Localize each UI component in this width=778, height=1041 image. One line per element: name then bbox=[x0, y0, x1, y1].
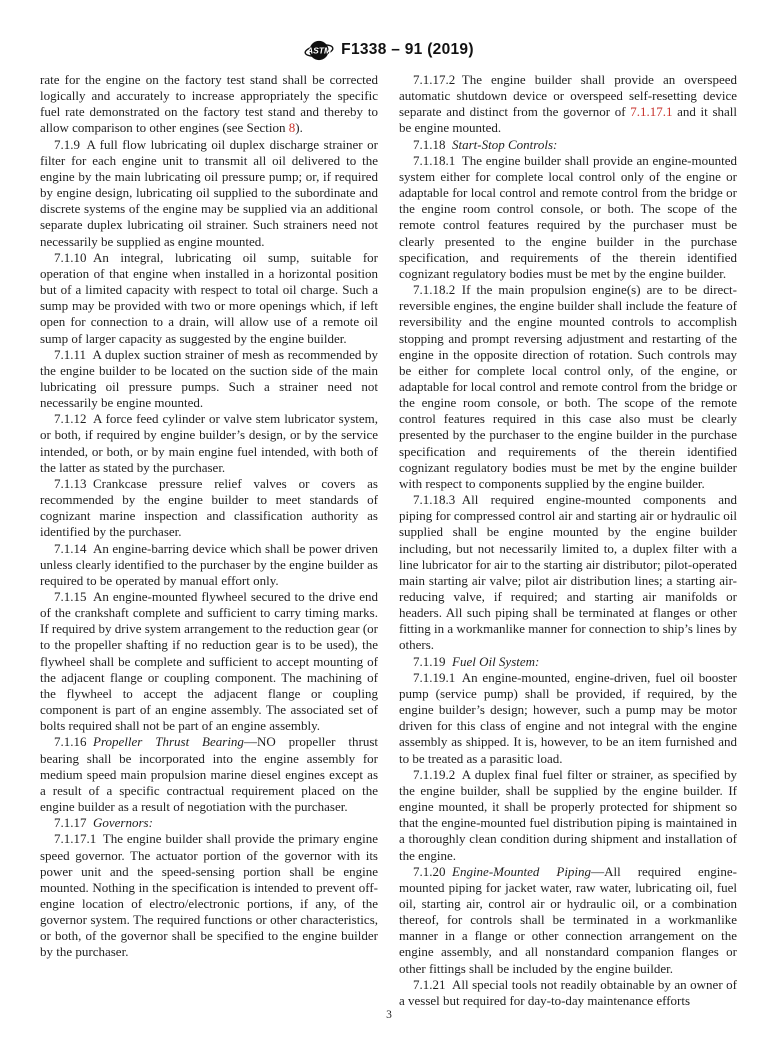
text-run: 7.1.10 An integral, lubricating oil sump… bbox=[40, 250, 378, 346]
standard-designation: F1338 – 91 (2019) bbox=[341, 41, 474, 59]
left-column: rate for the engine on the factory test … bbox=[40, 72, 378, 1009]
text-run: 7.1.14 An engine-barring device which sh… bbox=[40, 541, 378, 588]
text-run: 7.1.12 A force feed cylinder or valve st… bbox=[40, 411, 378, 474]
text-run: 7.1.18.3 All required engine-mounted com… bbox=[399, 492, 737, 652]
text-run: 7.1.21 All special tools not readily obt… bbox=[399, 977, 737, 1008]
paragraph: 7.1.10 An integral, lubricating oil sump… bbox=[40, 250, 378, 347]
text-run: 7.1.18.2 If the main propulsion engine(s… bbox=[399, 282, 737, 491]
paragraph: 7.1.18 Start-Stop Controls: bbox=[399, 137, 737, 153]
svg-text:ASTM: ASTM bbox=[306, 45, 332, 55]
paragraph: 7.1.13 Crankcase pressure relief valves … bbox=[40, 476, 378, 541]
text-run: ). bbox=[295, 120, 303, 135]
section-heading-term: Start-Stop Controls: bbox=[452, 137, 557, 152]
document-page: ASTM F1338 – 91 (2019) rate for the engi… bbox=[0, 0, 778, 1041]
paragraph: 7.1.14 An engine-barring device which sh… bbox=[40, 541, 378, 589]
text-run: rate for the engine on the factory test … bbox=[40, 72, 378, 135]
section-heading-term: Propeller Thrust Bearing bbox=[93, 734, 244, 749]
paragraph: rate for the engine on the factory test … bbox=[40, 72, 378, 137]
paragraph: 7.1.18.3 All required engine-mounted com… bbox=[399, 492, 737, 654]
paragraph: 7.1.19 Fuel Oil System: bbox=[399, 654, 737, 670]
text-run: 7.1.19.2 A duplex final fuel filter or s… bbox=[399, 767, 737, 863]
paragraph: 7.1.17.2 The engine builder shall provid… bbox=[399, 72, 737, 137]
page-footer: 3 bbox=[0, 1009, 778, 1021]
text-run: 7.1.19.1 An engine-mounted, engine-drive… bbox=[399, 670, 737, 766]
paragraph: 7.1.19.2 A duplex final fuel filter or s… bbox=[399, 767, 737, 864]
text-run: 7.1.18.1 The engine builder shall provid… bbox=[399, 153, 737, 281]
paragraph: 7.1.17.1 The engine builder shall provid… bbox=[40, 831, 378, 960]
paragraph: 7.1.18.1 The engine builder shall provid… bbox=[399, 153, 737, 282]
text-run: 7.1.16 bbox=[54, 734, 93, 749]
text-run: 7.1.15 An engine-mounted flywheel secure… bbox=[40, 589, 378, 733]
astm-logo-icon: ASTM bbox=[304, 38, 334, 63]
text-run: 7.1.17.1 The engine builder shall provid… bbox=[40, 831, 378, 959]
text-run: 7.1.17 bbox=[54, 815, 93, 830]
two-column-body: rate for the engine on the factory test … bbox=[40, 72, 738, 1009]
text-run: 7.1.11 A duplex suction strainer of mesh… bbox=[40, 347, 378, 410]
text-run: 7.1.19 bbox=[413, 654, 452, 669]
paragraph: 7.1.12 A force feed cylinder or valve st… bbox=[40, 411, 378, 476]
paragraph: 7.1.9 A full flow lubricating oil duplex… bbox=[40, 137, 378, 250]
cross-reference-link[interactable]: 7.1.17.1 bbox=[630, 104, 672, 119]
page-header: ASTM F1338 – 91 (2019) bbox=[0, 0, 778, 64]
section-heading-term: Fuel Oil System: bbox=[452, 654, 539, 669]
page-number: 3 bbox=[386, 1009, 392, 1021]
text-run: 7.1.20 bbox=[413, 864, 452, 879]
right-column: 7.1.17.2 The engine builder shall provid… bbox=[399, 72, 737, 1009]
paragraph: 7.1.18.2 If the main propulsion engine(s… bbox=[399, 282, 737, 492]
section-heading-term: Governors: bbox=[93, 815, 153, 830]
paragraph: 7.1.21 All special tools not readily obt… bbox=[399, 977, 737, 1009]
text-run: 7.1.13 Crankcase pressure relief valves … bbox=[40, 476, 378, 539]
paragraph: 7.1.20 Engine-Mounted Piping—All require… bbox=[399, 864, 737, 977]
paragraph: 7.1.19.1 An engine-mounted, engine-drive… bbox=[399, 670, 737, 767]
section-heading-term: Engine-Mounted Piping bbox=[452, 864, 591, 879]
paragraph: 7.1.11 A duplex suction strainer of mesh… bbox=[40, 347, 378, 412]
paragraph: 7.1.17 Governors: bbox=[40, 815, 378, 831]
text-run: —All required engine-mounted piping for … bbox=[399, 864, 737, 976]
paragraph: 7.1.16 Propeller Thrust Bearing—NO prope… bbox=[40, 734, 378, 815]
text-run: 7.1.9 A full flow lubricating oil duplex… bbox=[40, 137, 378, 249]
paragraph: 7.1.15 An engine-mounted flywheel secure… bbox=[40, 589, 378, 734]
text-run: 7.1.18 bbox=[413, 137, 452, 152]
